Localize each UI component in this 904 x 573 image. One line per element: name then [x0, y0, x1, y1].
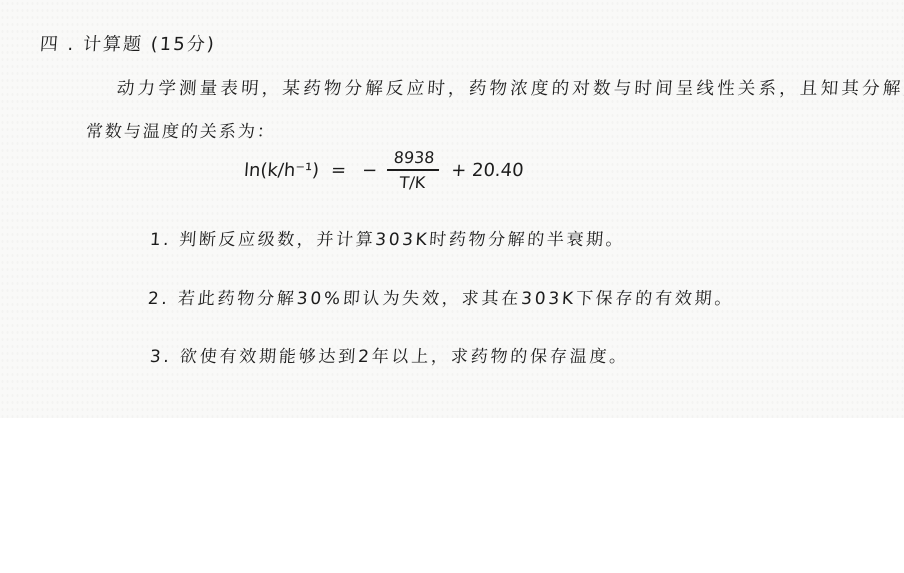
fraction-denominator: T/K [399, 171, 426, 192]
question-2: 2. 若此药物分解30%即认为失效，求其在303K下保存的有效期。 [147, 284, 735, 309]
formula-fraction: 8938 T/K [386, 148, 441, 192]
question-3: 3. 欲使有效期能够达到2年以上，求药物的保存温度。 [149, 342, 630, 367]
question-number: 3. [149, 347, 172, 367]
rate-constant-formula: ln(k/h⁻¹) = − 8938 T/K + 20.40 [242, 142, 526, 198]
question-number: 1. [149, 230, 172, 250]
intro-line-2: 常数与温度的关系为： [85, 117, 277, 142]
formula-lhs: ln(k/h⁻¹) [243, 160, 320, 181]
formula-constant-term: + 20.40 [451, 160, 525, 181]
formula-minus: − [361, 160, 378, 181]
question-text: 若此药物分解30%即认为失效，求其在303K下保存的有效期。 [177, 289, 735, 309]
section-heading: 四 . 计算题 (15分) [39, 30, 217, 56]
question-number: 2. [147, 289, 170, 309]
intro-line-1: 动力学测量表明，某药物分解反应时，药物浓度的对数与时间呈线性关系，且知其分解反应… [116, 75, 904, 100]
question-text: 判断反应级数，并计算303K时药物分解的半衰期。 [179, 230, 626, 250]
blank-margin [0, 418, 904, 573]
fraction-numerator: 8938 [389, 148, 439, 169]
question-text: 欲使有效期能够达到2年以上，求药物的保存温度。 [179, 347, 630, 367]
question-1: 1. 判断反应级数，并计算303K时药物分解的半衰期。 [149, 225, 626, 250]
formula-equals: = [330, 160, 347, 181]
